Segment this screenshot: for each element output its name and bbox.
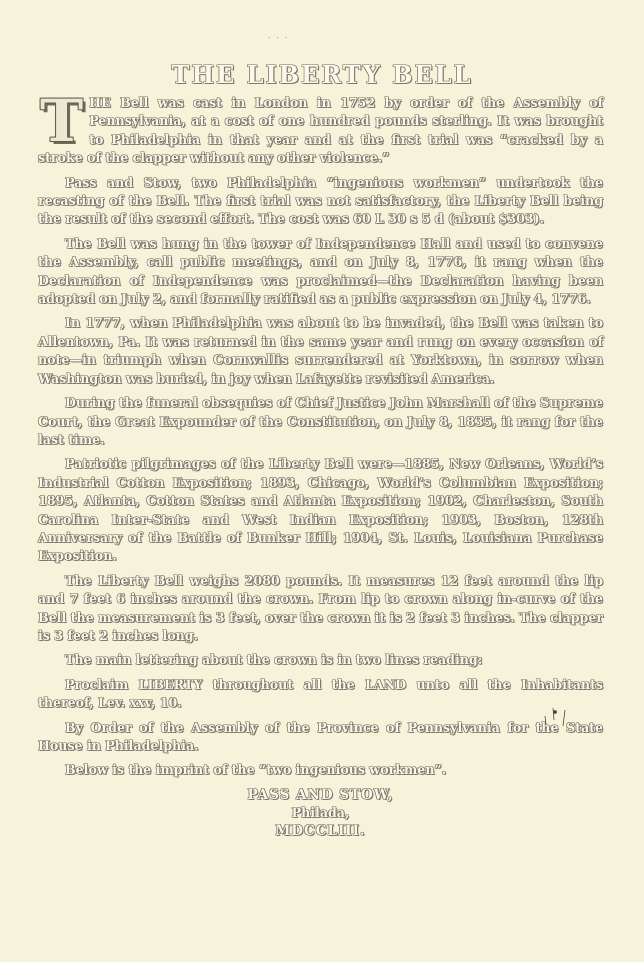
imprint-line-1: PASS AND STOW, <box>38 786 603 804</box>
page-title: THE LIBERTY BELL <box>0 60 644 89</box>
paragraph-inscription: Proclaim LIBERTY throughout all the LAND… <box>38 676 603 713</box>
founders-imprint: PASS AND STOW, Philada, MDCCLIII. <box>38 786 603 840</box>
paragraph-lettering-intro: The main lettering about the crown is in… <box>38 651 603 669</box>
drop-cap: T <box>40 96 83 146</box>
page-mark: · · · <box>268 34 289 42</box>
paragraph-casting: THE Bell was cast in London in 1752 by o… <box>38 94 603 168</box>
paragraph-marshall-funeral: During the funeral obsequies of Chief Ju… <box>38 394 603 449</box>
paragraph-measurements: The Liberty Bell weighs 2080 pounds. It … <box>38 572 603 646</box>
paragraph-recasting: Pass and Stow, two Philadelphia “ingenio… <box>38 174 603 229</box>
imprint-line-3: MDCCLIII. <box>38 822 603 840</box>
paragraph-imprint-intro: Below is the imprint of the “two ingenio… <box>38 761 603 779</box>
paragraph-independence-hall: The Bell was hung in the tower of Indepe… <box>38 235 603 309</box>
paragraph-order: By Order of the Assembly of the Province… <box>38 719 603 756</box>
paragraph-text: HE Bell was cast in London in 1752 by or… <box>38 95 603 165</box>
ink-speckle-mark <box>537 706 577 746</box>
paragraph-pilgrimages: Patriotic pilgrimages of the Liberty Bel… <box>38 455 603 565</box>
imprint-line-2: Philada, <box>38 804 603 822</box>
paragraph-allentown: In 1777, when Philadelphia was about to … <box>38 314 603 388</box>
document-body: THE Bell was cast in London in 1752 by o… <box>38 94 603 840</box>
